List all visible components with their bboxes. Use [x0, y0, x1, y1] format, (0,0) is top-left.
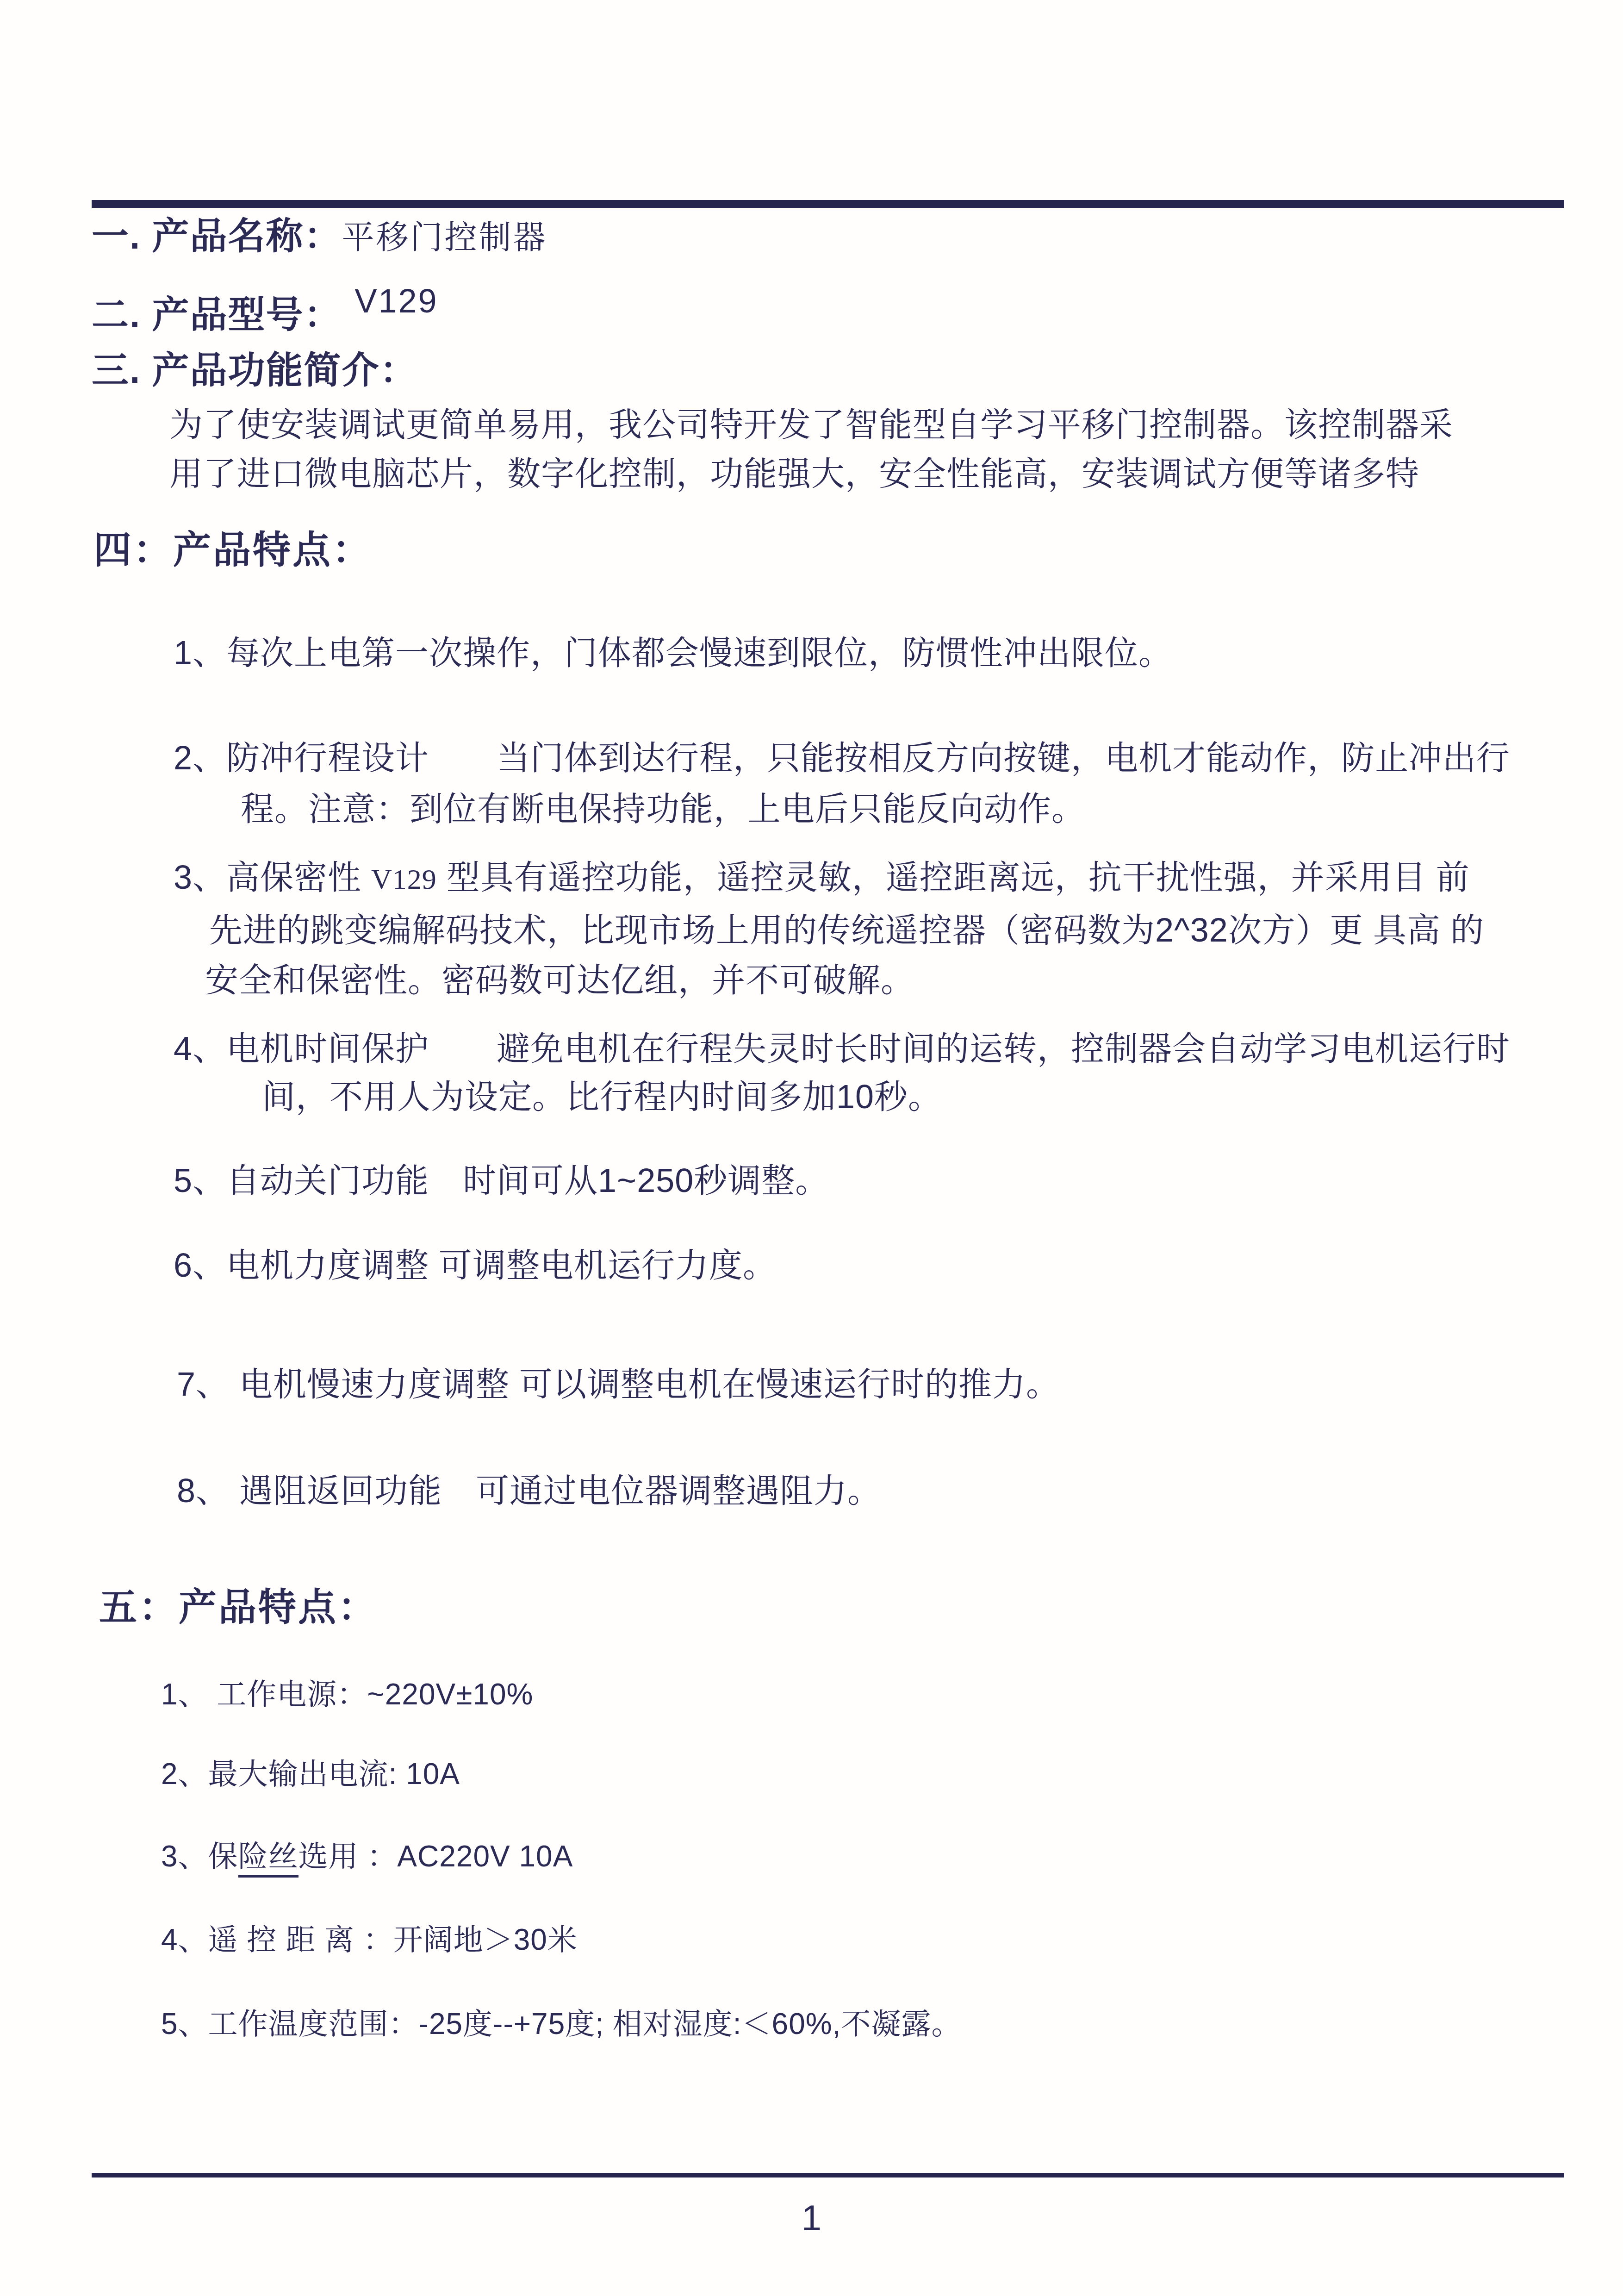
intro-paragraph-line2: 用了进口微电脑芯片，数字化控制，功能强大，安全性能高，安装调试方便等诸多特: [169, 457, 1419, 491]
section4-item2-line1: 2、防冲行程设计 当门体到达行程，只能按相反方向按键，电机才能动作，防止冲出行: [174, 742, 1510, 775]
page-number: 1: [0, 2200, 1623, 2236]
product-name-value: 平移门控制器: [342, 219, 547, 256]
section4-item1: 1、每次上电第一次操作，门体都会慢速到限位，防惯性冲出限位。: [174, 636, 1172, 670]
top-rule: [92, 200, 1564, 208]
product-name-label: 一. 产品名称：: [92, 215, 342, 256]
section4-item8: 8、 遇阻返回功能 可通过电位器调整遇阻力。: [177, 1474, 881, 1508]
section4-item3-line2: 先进的跳变编解码技术，比现市场上用的传统遥控器（密码数为2^32次方）更 具高 …: [209, 914, 1484, 947]
manual-page: 一. 产品名称：平移门控制器 二. 产品型号：V129 三. 产品功能简介： 为…: [0, 0, 1623, 2296]
section4-item6: 6、电机力度调整 可调整电机运行力度。: [174, 1249, 777, 1282]
section5-item4: 4、遥 控 距 离 ：开阔地＞30米: [161, 1925, 578, 1954]
section4-item2-line2: 程。注意：到位有断电保持功能，上电后只能反向动作。: [241, 792, 1085, 826]
product-name-line: 一. 产品名称：平移门控制器: [92, 218, 547, 255]
section5-title: 五：产品特点：: [99, 1589, 378, 1627]
product-model-label: 二. 产品型号：: [92, 294, 342, 335]
section5-item3: 3、保险丝选用 ：AC220V 10A: [161, 1841, 573, 1871]
section4-title: 四：产品特点：: [93, 531, 372, 569]
section4-item4-line1: 4、电机时间保护 避免电机在行程失灵时长时间的运转，控制器会自动学习电机运行时: [174, 1032, 1510, 1066]
underlined-fuse-chars: 险丝: [238, 1840, 298, 1878]
section4-item3-line1: 3、高保密性 V129 型具有遥控功能，遥控灵敏，遥控距离远，抗干扰性强，并采用…: [174, 861, 1470, 894]
section4-item5: 5、自动关门功能 时间可从1~250秒调整。: [174, 1164, 829, 1198]
product-model-value: V129: [354, 285, 438, 318]
intro-paragraph-line1: 为了使安装调试更简单易用，我公司特开发了智能型自学习平移门控制器。该控制器采: [169, 408, 1453, 442]
section4-item7: 7、 电机慢速力度调整 可以调整电机在慢速运行时的推力。: [177, 1368, 1060, 1401]
product-model-line: 二. 产品型号：V129: [92, 296, 438, 333]
section4-item4-line2: 间，不用人为设定。比行程内时间多加10秒。: [262, 1080, 942, 1114]
intro-heading: 三. 产品功能简介：: [92, 352, 417, 389]
bottom-rule: [92, 2173, 1564, 2177]
section5-item1: 1、 工作电源：~220V±10%: [161, 1679, 533, 1709]
section5-item5: 5、工作温度范围：-25度--+75度; 相对湿度:＜60%,不凝露。: [161, 2009, 962, 2039]
section4-item3-line3: 安全和保密性。密码数可达亿组，并不可破解。: [205, 964, 914, 997]
section5-item2: 2、最大输出电流: 10A: [161, 1759, 460, 1789]
model-number-serif: V129: [371, 864, 437, 895]
